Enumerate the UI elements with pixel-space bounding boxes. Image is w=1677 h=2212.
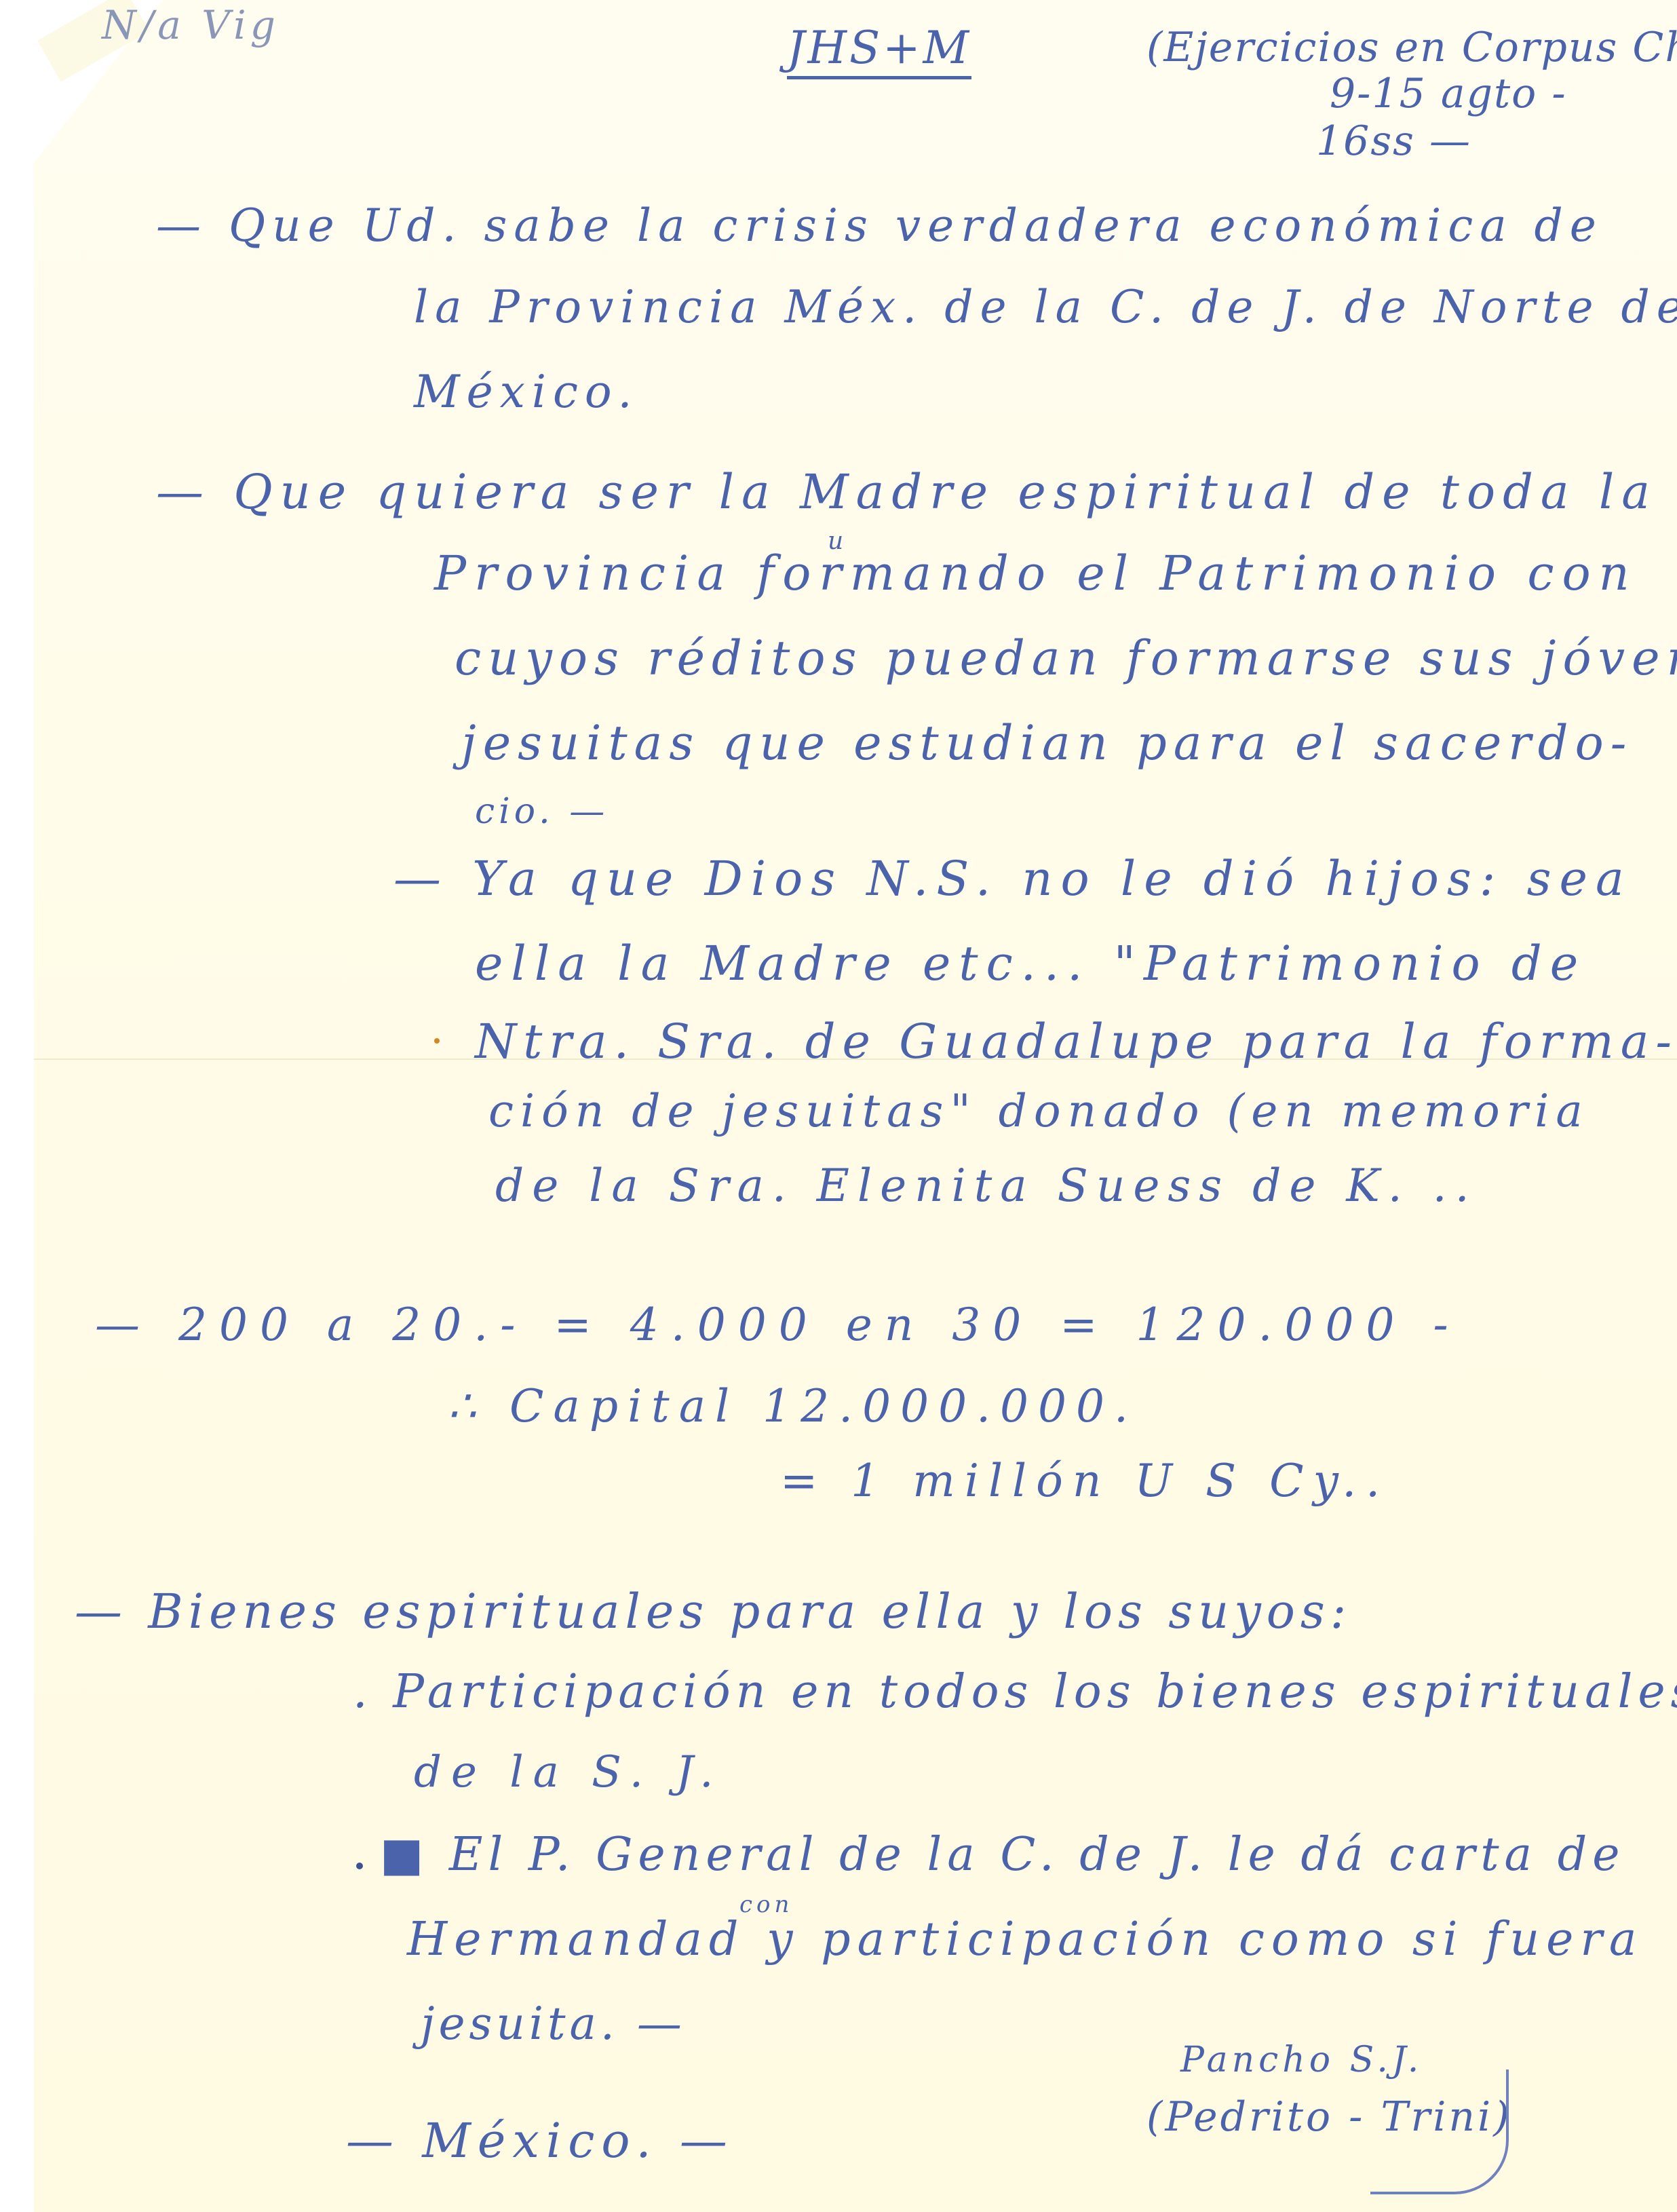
section-5-bullet-1: . Participación en todos los bienes espi…	[353, 1669, 1677, 1715]
section-2-line-1: — Que quiera ser la Madre espiritual de …	[156, 468, 1657, 516]
section-5-line-1: — Bienes espirituales para ella y los su…	[75, 1588, 1351, 1635]
usd-equivalent-line: = 1 millón U S Cy..	[780, 1459, 1389, 1504]
section-3-line-2: ella la Madre etc... "Patrimonio de	[475, 940, 1586, 987]
section-2-line-2: Provincia formando el Patrimonio con	[434, 550, 1638, 597]
retreat-title: (Ejercicios en Corpus Christi	[1146, 27, 1677, 68]
section-5-bullet-2-cont: Hermandad y participación como si fuera	[407, 1917, 1643, 1963]
bullet-icon	[356, 1863, 363, 1869]
section-1-line-3: México.	[414, 370, 639, 415]
section-2-line-4: jesuitas que estudian para el sacerdo-	[461, 719, 1633, 767]
section-2-line-3: cuyos réditos puedan formarse sus jóvene…	[455, 634, 1677, 682]
section-1-line-2: la Provincia Méx. de la C. de J. de Nort…	[414, 285, 1677, 330]
section-3-line-5: de la Sra. Elenita Suess de K. ..	[495, 1164, 1478, 1208]
capital-line: ∴ Capital 12.000.000.	[448, 1384, 1138, 1429]
calculation-line: — 200 a 20.- = 4.000 en 30 = 120.000 -	[95, 1303, 1461, 1348]
monogram-header: JHS+M	[787, 26, 971, 79]
section-2-line-5: cio. —	[475, 794, 609, 829]
section-1-line-1: — Que Ud. sabe la crisis verdadera econó…	[156, 204, 1603, 248]
closing-place: — México. —	[346, 2117, 734, 2165]
section-3-line-1: — Ya que Dios N.S. no le dió hijos: sea	[393, 855, 1632, 902]
section-5-bullet-1-cont: de la S. J.	[414, 1751, 722, 1794]
section-5-bullet-2: ■ El P. General de la C. de J. le dá car…	[380, 1832, 1625, 1878]
section-3-line-3: Ntra. Sra. de Guadalupe para la forma-	[475, 1018, 1677, 1065]
corner-note: N/a Vig	[102, 5, 279, 45]
section-5-bullet-2-end: jesuita. —	[421, 2002, 686, 2046]
section-3-line-4: ción de jesuitas" donado (en memoria	[488, 1089, 1589, 1134]
ink-stain	[434, 1038, 440, 1044]
retreat-date: 9-15 agto -	[1330, 73, 1567, 114]
reference-code: 16ss —	[1316, 121, 1471, 161]
signature-bracket	[1370, 2070, 1509, 2194]
